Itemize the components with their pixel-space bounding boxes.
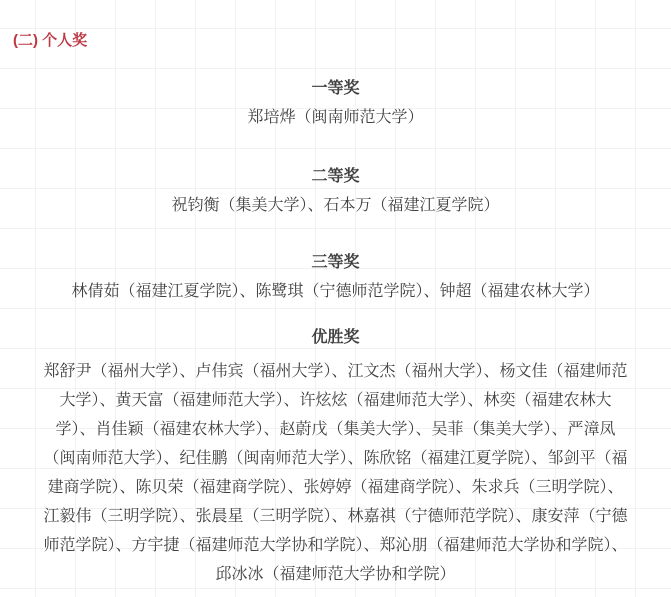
winners-line-second-prize: 祝钧衡（集美大学）、石本万（福建江夏学院） — [0, 191, 671, 220]
tier-heading-third-prize: 三等奖 — [0, 248, 671, 277]
winners-line: 师范学院）、方宇捷（福建师范大学协和学院）、郑沁朋（福建师范大学协和学院）、 — [0, 531, 671, 560]
winners-line: 建商学院）、陈贝荣（福建商学院）、张婷婷（福建商学院）、朱求兵（三明学院）、 — [0, 473, 671, 502]
winners-line: 郑舒尹（福州大学）、卢伟宾（福州大学）、江文杰（福州大学）、杨文佳（福建师范 — [0, 357, 671, 386]
winners-line-first-prize: 郑培烨（闽南师范大学） — [0, 103, 671, 132]
document-body: (二) 个人奖 一等奖 郑培烨（闽南师范大学） 二等奖 祝钧衡（集美大学）、石本… — [0, 0, 671, 589]
award-list-document: (二) 个人奖 一等奖 郑培烨（闽南师范大学） 二等奖 祝钧衡（集美大学）、石本… — [0, 0, 671, 597]
section-heading-individual-awards: (二) 个人奖 — [0, 26, 671, 55]
tier-heading-winning-prize: 优胜奖 — [0, 323, 671, 352]
winners-line: （闽南师范大学）、纪佳鹏（闽南师范大学）、陈欣铭（福建江夏学院）、邹剑平（福 — [0, 444, 671, 473]
winners-line: 大学）、黄天富（福建师范大学）、许炫炫（福建师范大学）、林奕（福建农林大 — [0, 386, 671, 415]
winners-line: 邱冰冰（福建师范大学协和学院） — [0, 560, 671, 589]
winners-line: 江毅伟（三明学院）、张晨星（三明学院）、林嘉祺（宁德师范学院）、康安萍（宁德 — [0, 502, 671, 531]
winners-line: 学）、肖佳颖（福建农林大学）、赵蔚戊（集美大学）、吴菲（集美大学）、严漳凤 — [0, 415, 671, 444]
winners-line-third-prize: 林倩茹（福建江夏学院）、陈鹭琪（宁德师范学院）、钟超（福建农林大学） — [0, 277, 671, 306]
tier-heading-first-prize: 一等奖 — [0, 74, 671, 103]
winners-paragraph-winning-prize: 郑舒尹（福州大学）、卢伟宾（福州大学）、江文杰（福州大学）、杨文佳（福建师范 大… — [0, 357, 671, 589]
tier-heading-second-prize: 二等奖 — [0, 162, 671, 191]
